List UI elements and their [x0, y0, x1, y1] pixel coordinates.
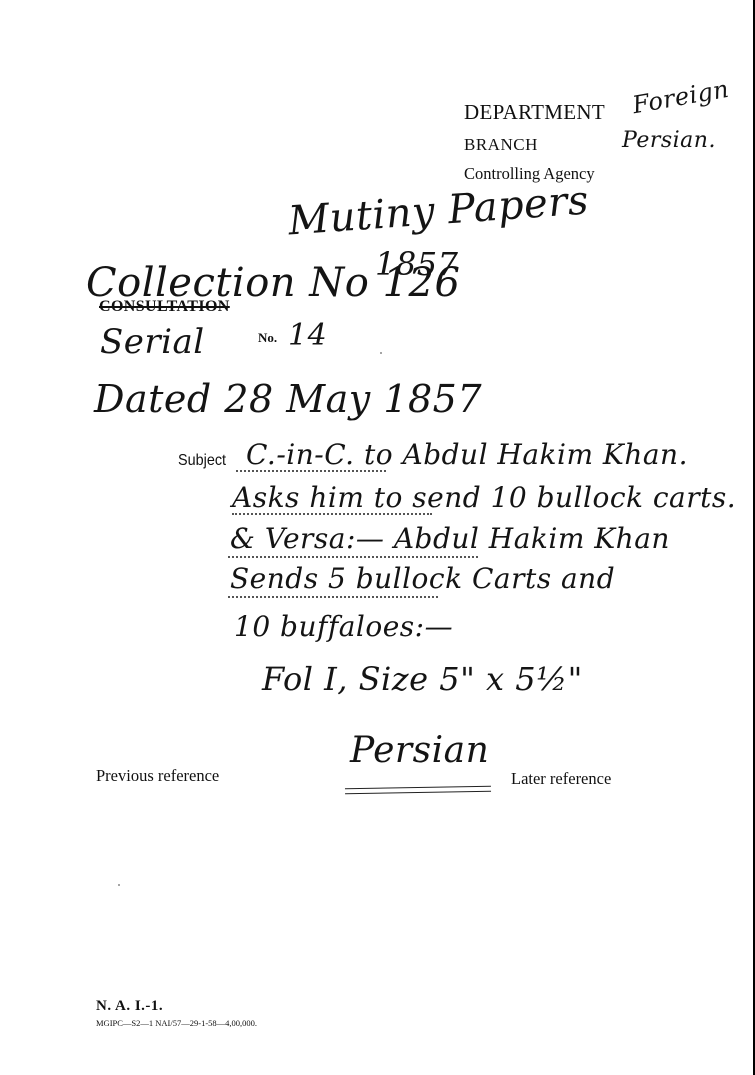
print-code: MGIPC—S2—1 NAI/57—29-1-58—4,00,000. — [96, 1018, 257, 1028]
previous-reference-label: Previous reference — [96, 766, 219, 786]
language-annotation: Persian — [350, 730, 489, 771]
subject-dotted-line — [228, 596, 438, 598]
subject-dotted-line — [228, 556, 478, 558]
subject-line-2: Asks him to send 10 bullock carts. — [232, 481, 736, 514]
serial-number: 14 — [288, 318, 327, 353]
subject-line-6: Fol I, Size 5" x 5½" — [262, 660, 583, 698]
branch-value: Persian. — [622, 128, 716, 153]
form-code: N. A. I.-1. — [96, 998, 163, 1015]
document-page: DEPARTMENT Foreign BRANCH Persian. Contr… — [0, 0, 755, 1075]
subject-line-4: Sends 5 bullock Carts and — [230, 562, 615, 595]
subject-label: Subject — [178, 452, 226, 470]
branch-label: BRANCH — [464, 135, 538, 155]
department-value: Foreign — [630, 75, 731, 119]
collection-year: 1857 — [375, 245, 458, 283]
later-reference-label: Later reference — [511, 769, 611, 789]
number-label: No. — [258, 330, 277, 346]
collection-title: Mutiny Papers — [287, 178, 591, 245]
subject-line-1: C.-in-C. to Abdul Hakim Khan. — [246, 438, 688, 471]
double-underline — [345, 786, 491, 795]
consultation-label-struck: CONSULTATION — [99, 298, 230, 316]
serial-word: Serial — [100, 322, 205, 362]
department-label: DEPARTMENT — [464, 100, 605, 125]
dated-field: Dated 28 May 1857 — [94, 377, 482, 421]
ink-speck — [380, 352, 382, 354]
subject-line-3: & Versa:— Abdul Hakim Khan — [230, 522, 670, 555]
subject-line-5: 10 buffaloes:— — [234, 610, 453, 643]
ink-speck — [118, 884, 120, 886]
